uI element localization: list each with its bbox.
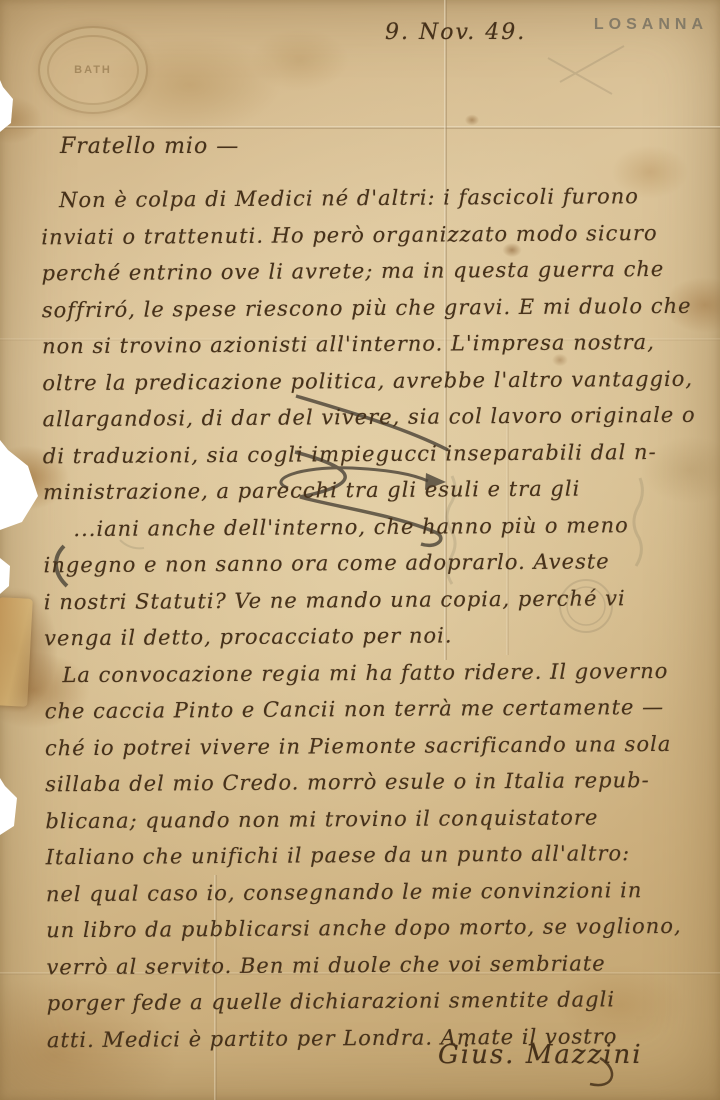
letter-line: oltre la predicazione politica, avrebbe …: [42, 360, 697, 401]
letter-line: di traduzioni, sia cogli impiegucci inse…: [43, 433, 698, 474]
tape-stain: [0, 597, 33, 707]
letter-line: sillaba del mio Credo. morrò esule o in …: [45, 762, 700, 803]
letter-line: Italiano che unifichi il paese da un pun…: [46, 835, 701, 876]
letter-line: non si trovino azionisti all'interno. L'…: [42, 324, 697, 365]
letter-line: che caccia Pinto e Cancii non terrà me c…: [45, 689, 700, 730]
letter-line: perché entrino ove li avrete; ma in ques…: [41, 251, 696, 292]
letter-body: Non è colpa di Medici né d'altri: i fasc…: [41, 178, 702, 1059]
letter-line: ...iani anche dell'interno, che hanno pi…: [43, 506, 698, 547]
letter-signature: Gius. Mazzini: [438, 1040, 643, 1070]
letter-page: BATH 9.: [0, 0, 720, 1100]
letter-line: ché io potrei vivere in Piemonte sacrifi…: [45, 725, 700, 766]
letter-line: allargandosi, di dar del vivere, sia col…: [42, 397, 697, 438]
letter-line: soffriró, le spese riescono più che grav…: [42, 287, 697, 328]
letter-line: inviati o trattenuti. Ho però organizzat…: [41, 214, 696, 255]
letter-scan: BATH 9.: [0, 0, 720, 1100]
pencil-location-annotation: LOSANNA: [594, 16, 708, 34]
letter-line: un libro da pubblicarsi anche dopo morto…: [46, 908, 701, 949]
letter-line: ingegno e non sanno ora come adoprarlo. …: [43, 543, 698, 584]
letter-line: ministrazione, a parecchi tra gli esuli …: [43, 470, 698, 511]
letter-salutation: Fratello mio —: [60, 134, 239, 159]
letter-line: Non è colpa di Medici né d'altri: i fasc…: [41, 178, 696, 219]
fold-crease-horizontal: [0, 126, 720, 129]
seal-text: BATH: [74, 64, 112, 76]
letter-date: 9. Nov. 49.: [385, 20, 526, 45]
letter-line: i nostri Statuti? Ve ne mando una copia,…: [44, 579, 699, 620]
embossed-paper-seal: BATH: [38, 26, 148, 114]
letter-line: verrò al servito. Ben mi duole che voi s…: [46, 944, 701, 985]
letter-line: La convocazione regia mi ha fatto ridere…: [44, 652, 699, 693]
letter-line: porger fede a quelle dichiarazioni sment…: [47, 981, 702, 1022]
letter-line: nel qual caso io, consegnando le mie con…: [46, 871, 701, 912]
letter-line: blicana; quando non mi trovino il conqui…: [45, 798, 700, 839]
letter-line: venga il detto, procacciato per noi.: [44, 616, 699, 657]
